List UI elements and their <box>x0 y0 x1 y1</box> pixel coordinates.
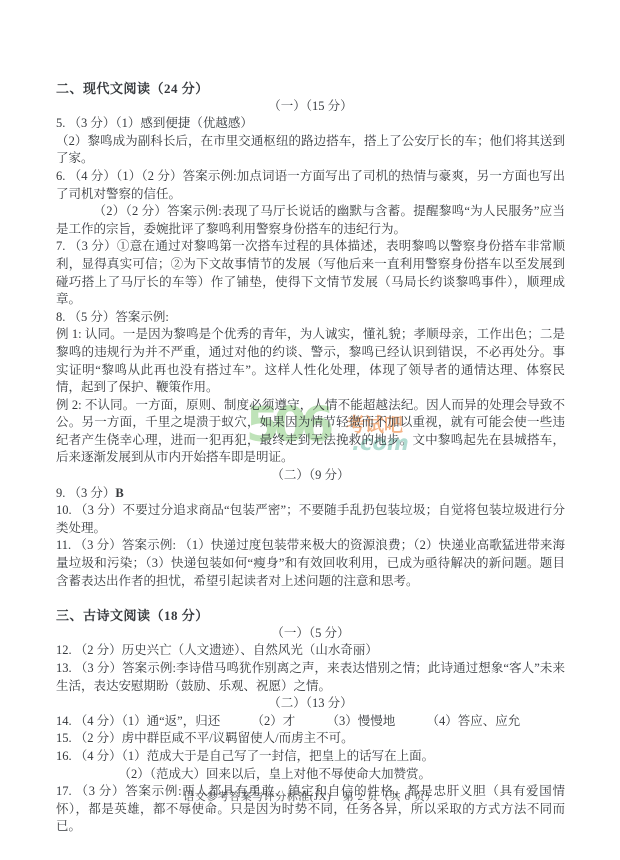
answer-paragraph: 15. （2 分）虏中群臣咸不平/议羁留使人/而虏主不可。 <box>56 730 565 748</box>
answer-paragraph: （2）（2 分）答案示例:表现了马厅长说话的幽默与含蓄。提醒黎鸣“为人民服务”应… <box>56 203 565 238</box>
answer-paragraph: 例 2: 不认同。一方面，原则、制度必须遵守，人情不能超越法纪。因人而异的处理会… <box>56 397 565 467</box>
answer-paragraph: 13. （3 分）答案示例:李诗借马鸣犹作别离之声，来表达惜别之情；此诗通过想象… <box>56 660 565 695</box>
answer-paragraph: 11. （3 分）答案示例: （1）快递过度包装带来极大的资源浪费；（2）快递业… <box>56 537 565 590</box>
answer-paragraph: （2）黎鸣成为副科长后，在市里交通枢纽的路边搭车，搭上了公安厅长的车；他们将其送… <box>56 133 565 168</box>
answer-paragraph: 7. （3 分）①意在通过对黎鸣第一次搭车过程的具体描述，表明黎鸣以警察身份搭车… <box>56 238 565 308</box>
section-heading: 三、古诗文阅读（18 分） <box>56 607 565 625</box>
page-footer: 语文参考答案与评分标准(JX) 第 2 页（共 6 页） <box>0 788 620 804</box>
answer-paragraph: 5. （3 分）（1）感到便捷（优越感） <box>56 115 565 133</box>
answer-paragraph: 14. （4 分）（1）通“返”，归还 （2）才 （3）慢慢地 （4）答应、应允 <box>56 713 565 731</box>
answer-sheet-page: 506 考试吧 .com 二、现代文阅读（24 分）（一）（15 分）5. （3… <box>0 0 620 860</box>
document-body: 二、现代文阅读（24 分）（一）（15 分）5. （3 分）（1）感到便捷（优越… <box>56 80 565 836</box>
answer-paragraph: 10. （3 分）不要过分追求商品“包装严密”；不要随手乱扔包装垃圾；自觉将包装… <box>56 502 565 537</box>
subsection-score-heading: （二）（9 分） <box>56 467 565 485</box>
section-heading: 二、现代文阅读（24 分） <box>56 80 565 98</box>
answer-paragraph: 12. （2 分）历史兴亡（人文遗迹）、自然风光（山水奇丽） <box>56 642 565 660</box>
answer-paragraph: 16. （4 分）（1）范成大于是自己写了一封信，把皇上的话写在上面。 <box>56 748 565 766</box>
answer-paragraph: 8. （5 分）答案示例: <box>56 309 565 327</box>
answer-paragraph: 9. （3 分）B <box>56 485 565 503</box>
answer-choice-letter: B <box>115 486 123 500</box>
answer-paragraph: 6. （4 分）（1）（2 分）答案示例:加点词语一方面写出了司机的热情与豪爽，… <box>56 168 565 203</box>
answer-paragraph: 例 1: 认同。一是因为黎鸣是个优秀的青年，为人诚实，懂礼貌；孝顺母亲，工作出色… <box>56 326 565 396</box>
subsection-score-heading: （一）（15 分） <box>56 98 565 116</box>
answer-paragraph: （2）（范成大）回来以后，皇上对他不辱使命大加赞赏。 <box>56 766 565 784</box>
subsection-score-heading: （二）（13 分） <box>56 695 565 713</box>
subsection-score-heading: （一）（5 分） <box>56 625 565 643</box>
